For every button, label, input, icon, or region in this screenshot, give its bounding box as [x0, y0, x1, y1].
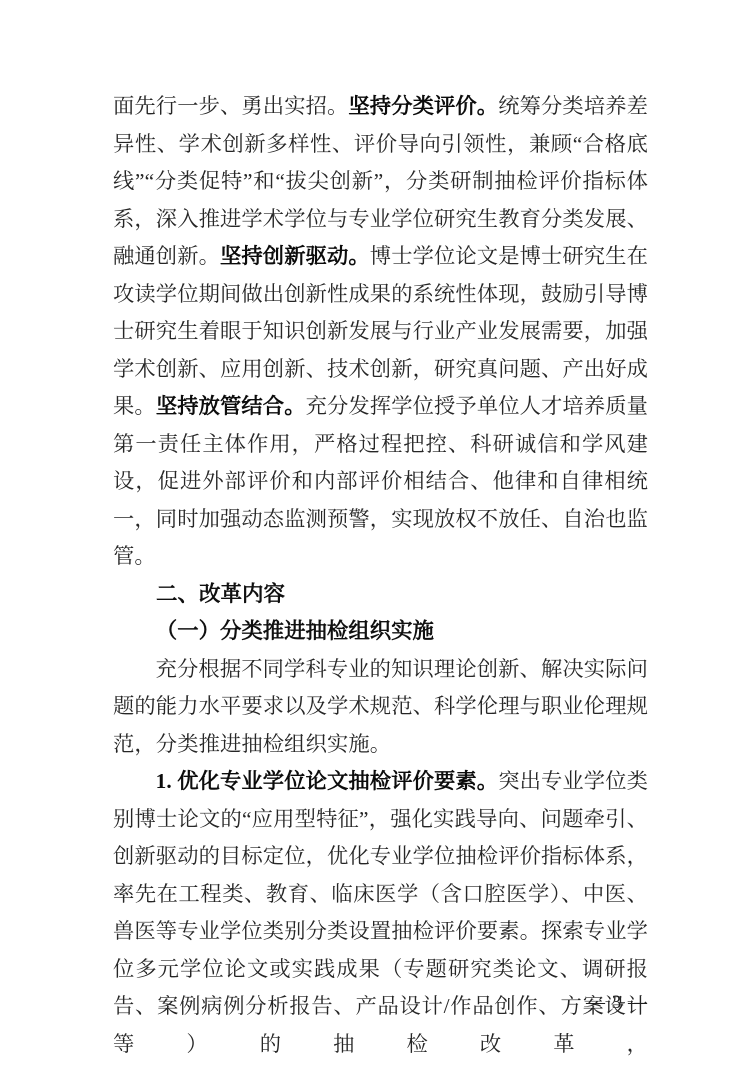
bold-text-run: 坚持放管结合。 [156, 394, 306, 418]
document-page: 面先行一步、勇出实招。坚持分类评价。统筹分类培养差异性、学术创新多样性、评价导向… [0, 0, 756, 1075]
text-run: 突出专业学位类别博士论文的“应用型特征”，强化实践导向、问题牵引、创新驱动的目标… [113, 769, 648, 1056]
page-number: — 3 — [586, 991, 648, 1015]
paragraph: 1. 优化专业学位论文抽检评价要素。突出专业学位类别博士论文的“应用型特征”，强… [113, 763, 648, 1063]
section-heading: 二、改革内容 [113, 576, 648, 614]
paragraph: 充分根据不同学科专业的知识理论创新、解决实际问题的能力水平要求以及学术规范、科学… [113, 651, 648, 764]
text-run: 博士学位论文是博士研究生在攻读学位期间做出创新性成果的系统性体现，鼓励引导博士研… [113, 244, 648, 418]
bold-text-run: 坚持创新驱动。 [220, 244, 370, 268]
text-run: 统筹分类培养差异性、学术创新多样性、评价导向引领性，兼顾“合格底线”“分类促特”… [113, 94, 648, 268]
text-run: 充分根据不同学科专业的知识理论创新、解决实际问题的能力水平要求以及学术规范、科学… [113, 657, 648, 756]
bold-text-run: 二、改革内容 [156, 582, 285, 606]
section-heading: （一）分类推进抽检组织实施 [113, 613, 648, 651]
bold-text-run: 坚持分类评价。 [348, 94, 498, 118]
bold-text-run: （一）分类推进抽检组织实施 [156, 619, 434, 643]
text-run: 面先行一步、勇出实招。 [113, 94, 348, 118]
text-run: 充分发挥学位授予单位人才培养质量第一责任主体作用，严格过程把控、科研诚信和学风建… [113, 394, 648, 568]
document-body: 面先行一步、勇出实招。坚持分类评价。统筹分类培养差异性、学术创新多样性、评价导向… [113, 88, 648, 1063]
paragraph: 面先行一步、勇出实招。坚持分类评价。统筹分类培养差异性、学术创新多样性、评价导向… [113, 88, 648, 576]
bold-text-run: 1. 优化专业学位论文抽检评价要素。 [156, 769, 499, 793]
